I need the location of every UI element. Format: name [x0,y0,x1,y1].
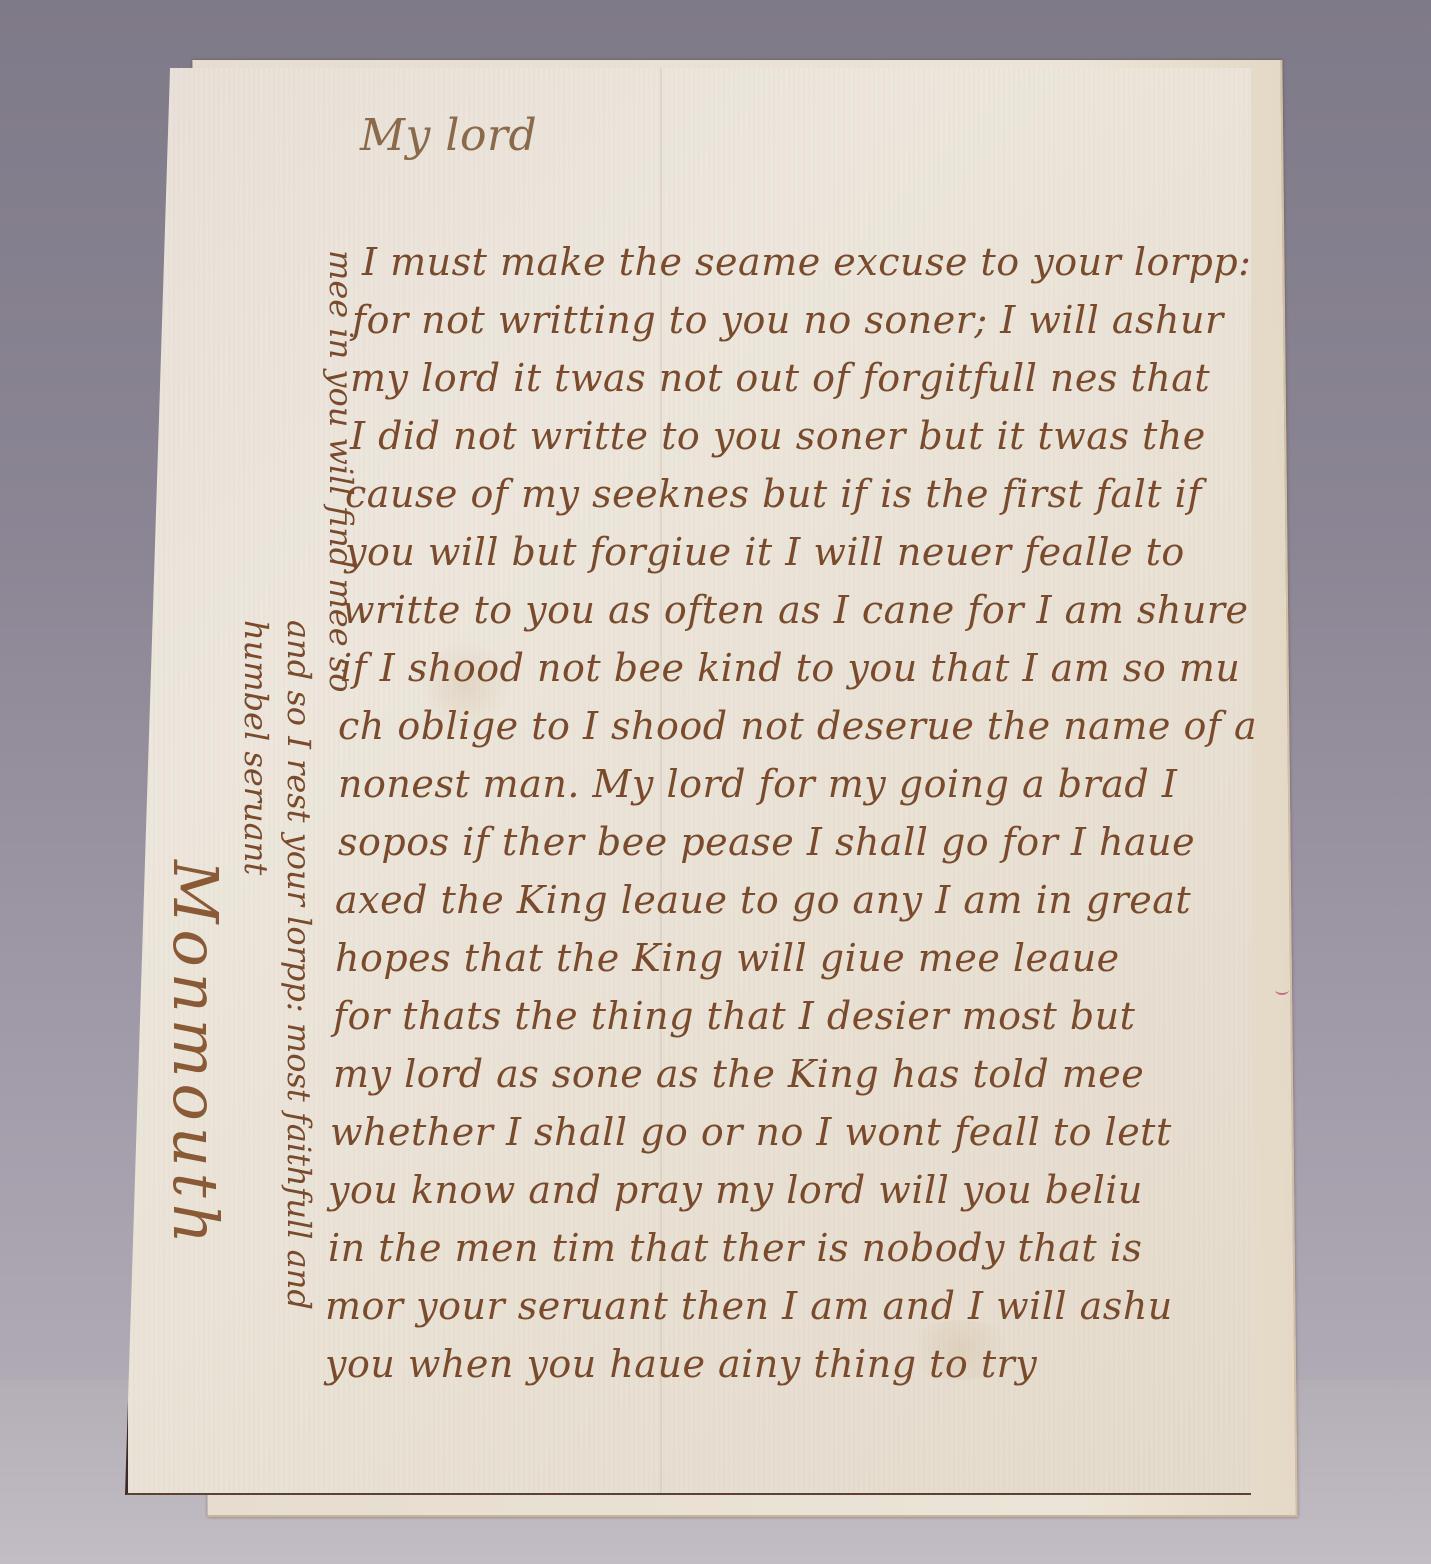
body-line: ch oblige to I shood not deserue the nam… [338,704,1257,748]
body-line: you know and pray my lord will you beliu [328,1168,1143,1212]
margin-line: mee in you will find mee so [322,250,360,692]
body-line: for thats the thing that I desier most b… [333,994,1135,1038]
body-line: writte to you as often as I cane for I a… [342,588,1249,632]
body-line: you when you haue ainy thing to try [325,1342,1037,1386]
body-line: in the men tim that ther is nobody that … [328,1226,1142,1270]
margin-line: humbel seruant [237,620,275,875]
signature: Monmouth [159,860,232,1250]
body-line: nonest man. My lord for my going a brad … [338,762,1177,806]
body-line: I did not writte to you soner but it twa… [350,414,1206,458]
body-line: sopos if ther bee pease I shall go for I… [338,820,1195,864]
body-line: I must make the seame excuse to your lor… [362,240,1251,284]
body-line: my lord it twas not out of forgitfull ne… [350,356,1210,400]
body-line: for not writting to you no soner; I will… [352,298,1224,342]
margin-line: and so I rest your lorpp: most faithfull… [280,620,318,1310]
body-line: whether I shall go or no I wont feall to… [330,1110,1172,1154]
body-line: if I shood not bee kind to you that I am… [340,646,1240,690]
body-line: hopes that the King will giue mee leaue [335,936,1120,980]
body-line: mor your seruant then I am and I will as… [325,1284,1173,1328]
body-line: axed the King leaue to go any I am in gr… [335,878,1191,922]
body-line: you will but forgiue it I will neuer fea… [345,530,1185,574]
salutation: My lord [360,110,537,161]
pink-mark [1275,985,1289,995]
body-line: cause of my seeknes but if is the first … [345,472,1202,516]
body-line: my lord as sone as the King has told mee [333,1052,1144,1096]
